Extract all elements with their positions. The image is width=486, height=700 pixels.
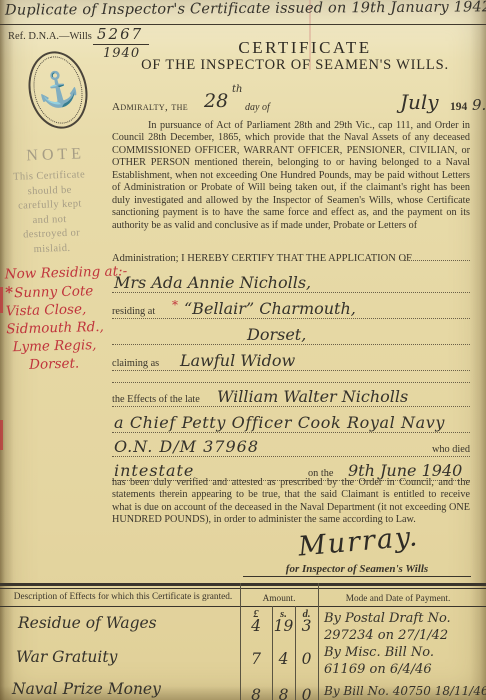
table-vline [240, 583, 241, 700]
effects-label: the Effects of the late [112, 394, 200, 405]
paragraph-act: In pursuance of Act of Parliament 28th a… [112, 120, 470, 232]
table-header-amount: Amount. [240, 594, 318, 604]
asterisk-mark: * [5, 283, 13, 301]
service-number: O.N. D/M 37968 [114, 437, 259, 456]
residence-county-line: Dorset, [112, 318, 470, 345]
residence-county: Dorset, [247, 325, 306, 344]
who-died-label: who died [432, 444, 470, 455]
day-value: 28 [204, 90, 228, 112]
certify-text: Administration; I HEREBY CERTIFY THAT TH… [112, 253, 412, 264]
certificate-document: Duplicate of Inspector's Certificate iss… [0, 0, 486, 700]
handwritten-duplicate-note: Duplicate of Inspector's Certificate iss… [5, 0, 484, 19]
signature-caption: for Inspector of Seamen's Wills [243, 563, 471, 577]
red-margin-line: Sidmouth Rd., [6, 318, 116, 339]
admiralty-seal: ⚓ [22, 46, 95, 134]
red-margin-line: Dorset. [29, 354, 117, 374]
table-header-rule [0, 606, 486, 607]
paragraph-verified: has been duly verified and attested as p… [112, 477, 470, 527]
table-top-rule-thin [0, 588, 486, 589]
table-header-mode: Mode and Date of Payment. [318, 594, 478, 604]
row-mode-line1: By Bill No. 40750 18/11/46 [324, 684, 486, 698]
day-of-label: day of [245, 102, 270, 113]
row-pence: 0 [295, 650, 318, 668]
red-edge-mark [0, 287, 3, 313]
red-margin-line-text: Sunny Cote [14, 283, 94, 301]
row-mode-line1: By Misc. Bill No. [324, 645, 434, 660]
day-ordinal: th [232, 84, 242, 95]
note-stamp: NOTE This Certificate should be carefull… [12, 144, 118, 257]
row-mode-line1: By Postal Draft No. [324, 611, 451, 626]
row-shillings: 19 [272, 617, 295, 635]
certificate-subtitle: OF THE INSPECTOR OF SEAMEN'S WILLS. [112, 57, 478, 74]
top-underline [0, 24, 486, 25]
row-shillings: 8 [272, 686, 295, 700]
deceased-name: William Walter Nicholls [217, 387, 408, 406]
row-description: Naval Prize Money [12, 680, 161, 698]
month-value: July [400, 90, 439, 114]
row-pounds: 8 [240, 686, 272, 700]
applicant-name: Mrs Ada Annie Nicholls, [114, 273, 311, 292]
residence-line: residing at * “Bellair” Charmouth, [112, 292, 470, 319]
ref-label: Ref. D.N.A.—Wills [8, 31, 92, 42]
year-handwritten-digit: 9. [472, 96, 486, 114]
effects-line: the Effects of the late William Walter N… [112, 380, 470, 407]
row-pence: 0 [295, 686, 318, 700]
red-edge-mark [0, 420, 3, 450]
service-number-line: O.N. D/M 37968 who died [112, 432, 470, 457]
residence-asterisk: * [172, 298, 178, 312]
dotted-leader [404, 260, 470, 261]
table-header-description: Description of Effects for which this Ce… [8, 592, 238, 602]
certificate-title: CERTIFICATE [140, 38, 470, 58]
year-printed: 194 [450, 101, 467, 113]
residence-value: “Bellair” Charmouth, [184, 299, 356, 318]
table-top-rule-thick [0, 583, 486, 586]
red-margin-note: Now Residing at:- *Sunny Cote Vista Clos… [5, 263, 118, 375]
certify-line: Administration; I HEREBY CERTIFY THAT TH… [112, 248, 470, 264]
row-mode-line2: 61169 on 6/4/46 [324, 662, 432, 677]
anchor-icon: ⚓ [22, 46, 95, 134]
deceased-rank: a Chief Petty Officer Cook Royal Navy [114, 413, 445, 432]
note-stamp-line: mislaid. [33, 240, 117, 257]
ref-number: 5267 [97, 25, 143, 43]
row-mode-line2: 297234 on 27/1/42 [324, 628, 448, 643]
residing-label: residing at [112, 306, 155, 317]
applicant-name-line: Mrs Ada Annie Nicholls, [112, 266, 470, 293]
table-vline [318, 583, 319, 700]
row-pounds: 7 [240, 650, 272, 668]
red-margin-line: Now Residing at:- [5, 263, 115, 284]
row-description: War Gratuity [16, 648, 117, 666]
row-description: Residue of Wages [18, 614, 157, 632]
admiralty-date-line: Admiralty, the 28 th day of July 194 9. [112, 92, 470, 118]
note-stamp-word: NOTE [26, 144, 115, 165]
row-pence: 3 [295, 617, 318, 635]
row-pounds: 4 [240, 617, 272, 635]
row-shillings: 4 [272, 650, 295, 668]
admiralty-label: Admiralty, the [112, 101, 188, 113]
deceased-rank-line: a Chief Petty Officer Cook Royal Navy [112, 406, 470, 433]
